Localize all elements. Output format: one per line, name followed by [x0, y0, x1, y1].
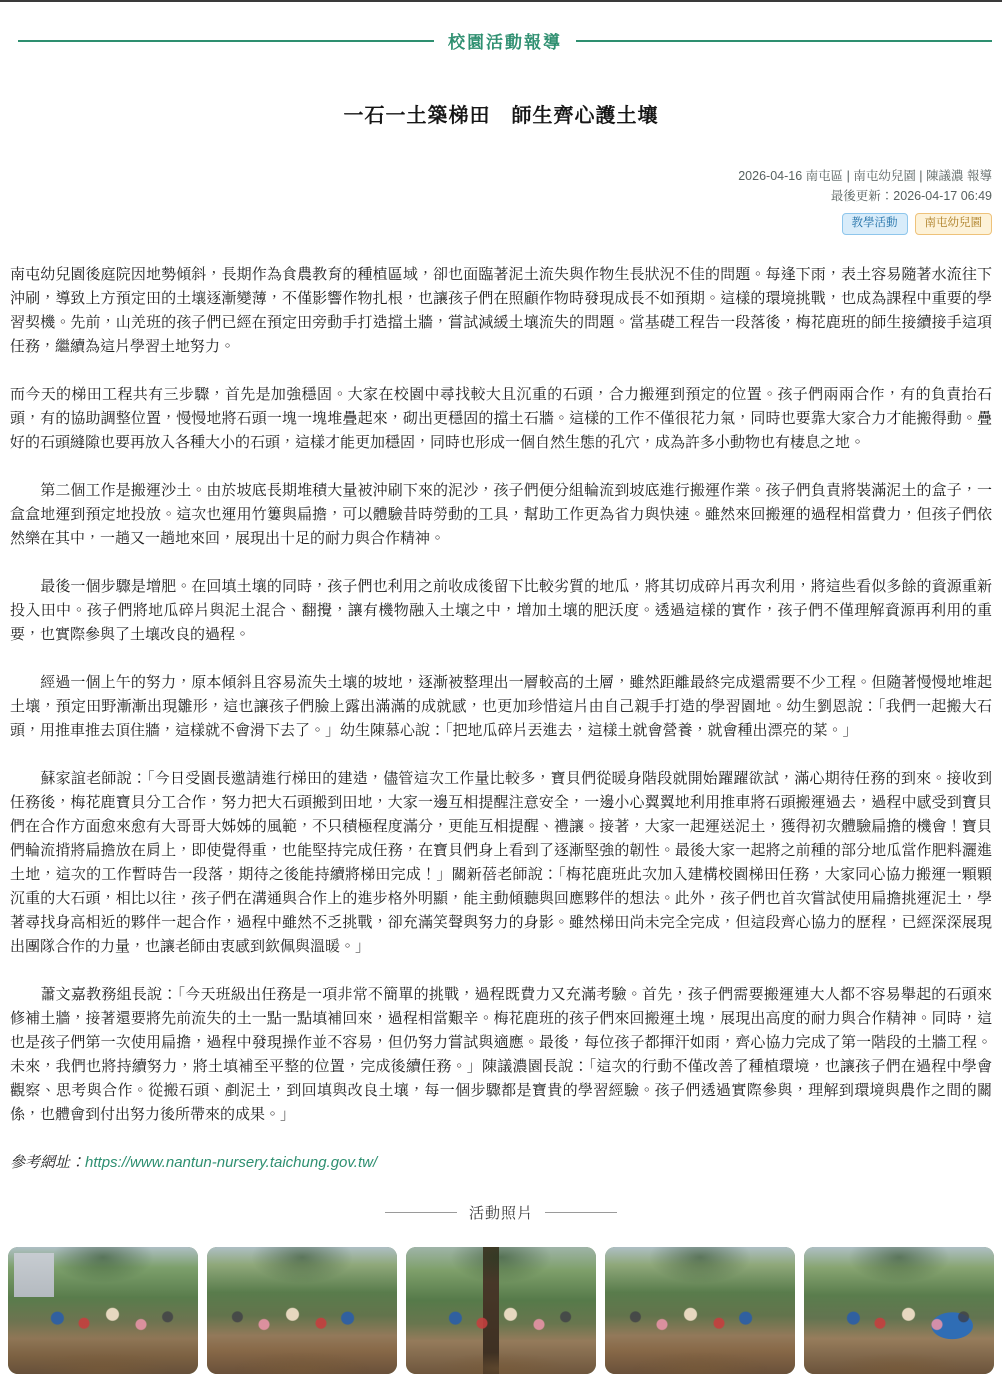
activity-photo-2[interactable]	[207, 1247, 397, 1374]
report-page: 校園活動報導 一石一土築梯田 師生齊心護土壤 2026-04-16 南屯區 | …	[0, 0, 1002, 1374]
article-title: 一石一土築梯田 師生齊心護土壤	[0, 99, 1002, 128]
byline: 2026-04-16 南屯區 | 南屯幼兒園 | 陳議濃 報導	[0, 166, 992, 186]
paragraph-2: 而今天的梯田工程共有三步驟，首先是加強穩固。大家在校園中尋找較大且沉重的石頭，合…	[10, 383, 992, 455]
photos-rule-right	[545, 1212, 617, 1213]
tag-list: 教學活動 南屯幼兒園	[0, 213, 992, 235]
page-title: 校園活動報導	[448, 28, 562, 53]
paragraph-5: 經過一個上午的努力，原本傾斜且容易流失土壤的坡地，逐漸被整理出一層較高的土層，雖…	[10, 671, 992, 743]
reference-label: 參考網址：	[10, 1154, 85, 1171]
photos-section-title: 活動照片	[469, 1202, 533, 1223]
article-meta: 2026-04-16 南屯區 | 南屯幼兒園 | 陳議濃 報導 最後更新：202…	[0, 166, 1002, 235]
reference-line: 參考網址：https://www.nantun-nursery.taichung…	[0, 1151, 1002, 1172]
paragraph-6: 蘇家誼老師說：「今日受園長邀請進行梯田的建造，儘管這次工作量比較多，寶貝們從暖身…	[10, 767, 992, 959]
photos-section-header: 活動照片	[0, 1202, 1002, 1223]
activity-photo-3[interactable]	[406, 1247, 596, 1374]
tag-nantun-nursery[interactable]: 南屯幼兒園	[915, 213, 993, 235]
tag-teaching-activity[interactable]: 教學活動	[842, 213, 908, 235]
photos-rule-left	[385, 1212, 457, 1213]
last-updated: 最後更新：2026-04-17 06:49	[0, 186, 992, 206]
reference-link[interactable]: https://www.nantun-nursery.taichung.gov.…	[85, 1154, 377, 1171]
activity-photo-4[interactable]	[605, 1247, 795, 1374]
photo-strip	[0, 1247, 1002, 1374]
activity-photo-1[interactable]	[8, 1247, 198, 1374]
activity-photo-5[interactable]	[804, 1247, 994, 1374]
header-rule-right	[576, 40, 992, 42]
page-header: 校園活動報導	[18, 28, 992, 53]
paragraph-4: 最後一個步驟是增肥。在回填土壤的同時，孩子們也利用之前收成後留下比較劣質的地瓜，…	[10, 575, 992, 647]
paragraph-3: 第二個工作是搬運沙土。由於坡底長期堆積大量被沖刷下來的泥沙，孩子們便分組輪流到坡…	[10, 479, 992, 551]
article-body: 南屯幼兒園後庭院因地勢傾斜，長期作為食農教育的種植區域，卻也面臨著泥土流失與作物…	[0, 263, 1002, 1127]
paragraph-1: 南屯幼兒園後庭院因地勢傾斜，長期作為食農教育的種植區域，卻也面臨著泥土流失與作物…	[10, 263, 992, 359]
header-rule-left	[18, 40, 434, 42]
paragraph-7: 蕭文嘉教務組長說：「今天班級出任務是一項非常不簡單的挑戰，過程既費力又充滿考驗。…	[10, 983, 992, 1127]
